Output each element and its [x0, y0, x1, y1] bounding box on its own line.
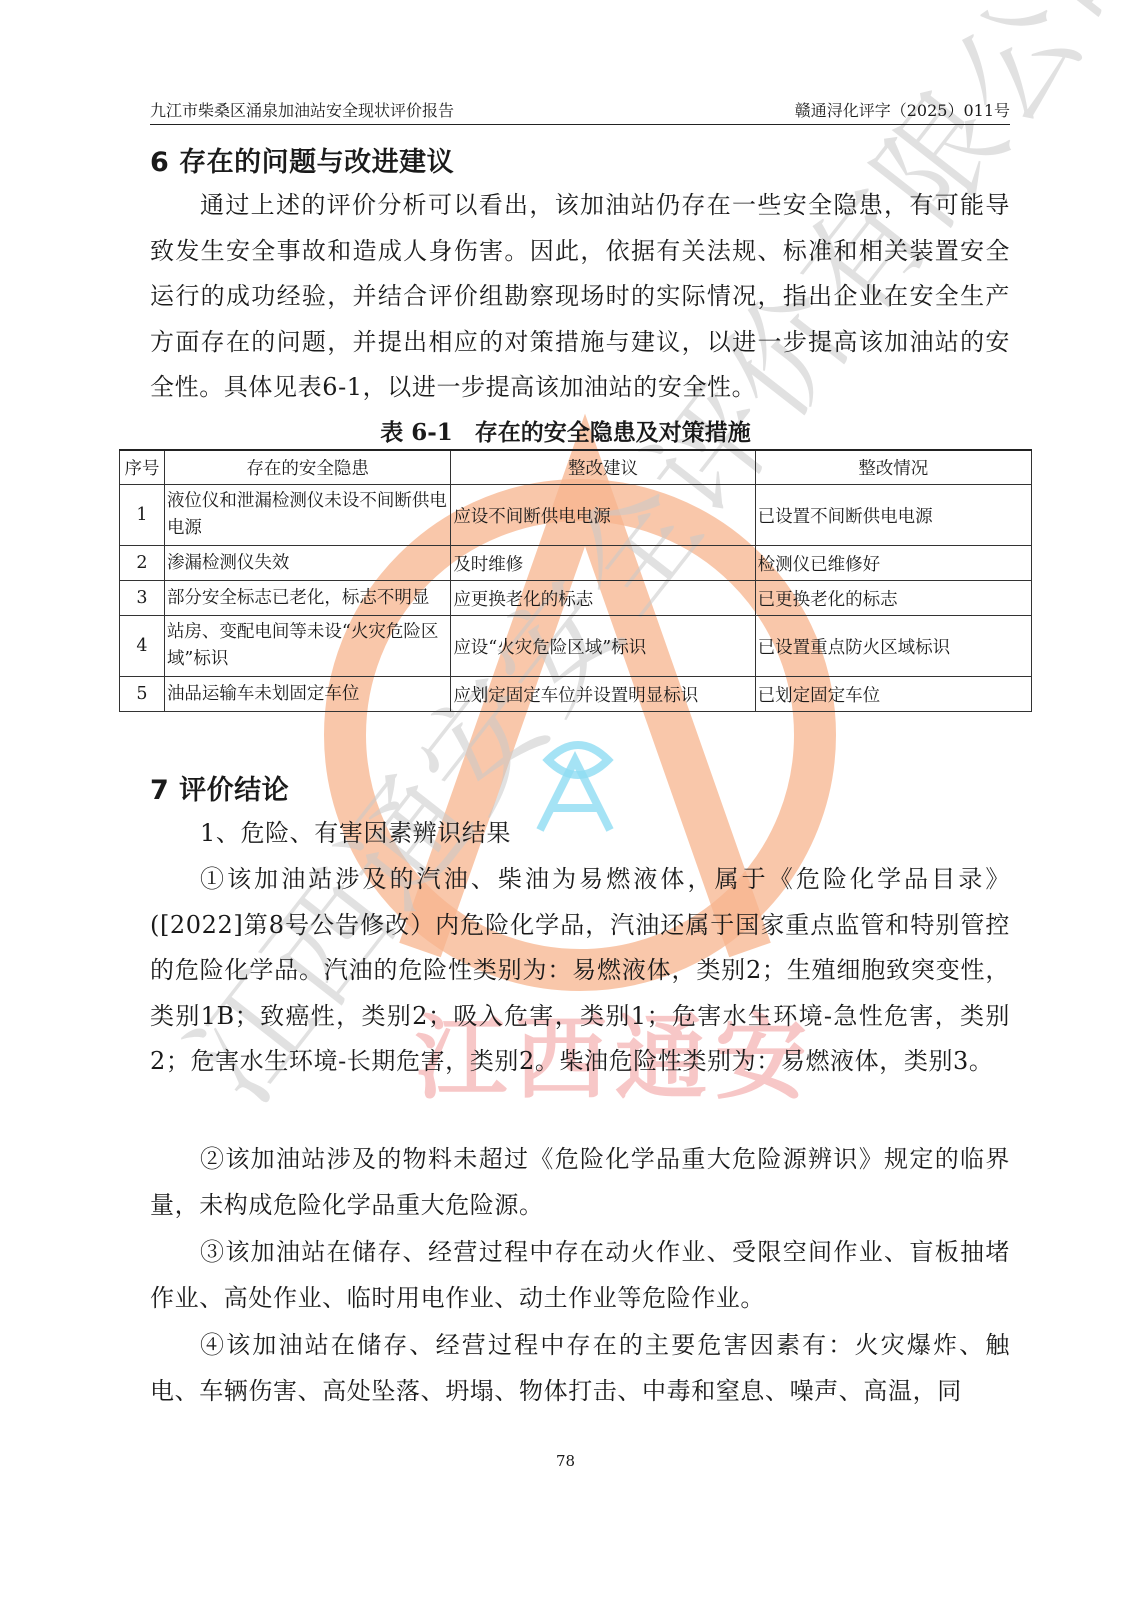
table-row: 1 液位仪和泄漏检测仪未设不间断供电电源 应设不间断供电电源 已设置不间断供电电… — [120, 485, 1032, 546]
conclusion-item-1: ①该加油站涉及的汽油、柴油为易燃液体，属于《危险化学品目录》([2022]第8号… — [150, 857, 1010, 1085]
table-row: 3 部分安全标志已老化，标志不明显 应更换老化的标志 已更换老化的标志 — [120, 581, 1032, 616]
col-header-status: 整改情况 — [755, 450, 1031, 485]
report-number-header: 赣通浔化评字（2025）011号 — [795, 98, 1010, 121]
conclusion-item-3: ③该加油站在储存、经营过程中存在动火作业、受限空间作业、盲板抽堵作业、高处作业、… — [150, 1230, 1010, 1321]
conclusion-item-2: ②该加油站涉及的物料未超过《危险化学品重大危险源辨识》规定的临界量，未构成危险化… — [150, 1137, 1010, 1228]
section-6-intro: 通过上述的评价分析可以看出，该加油站仍存在一些安全隐患，有可能导致发生安全事故和… — [150, 183, 1010, 411]
subsection-1-heading: 1、危险、有害因素辨识结果 — [150, 811, 1010, 857]
hazard-measures-table: 序号 存在的安全隐患 整改建议 整改情况 1 液位仪和泄漏检测仪未设不间断供电电… — [119, 449, 1032, 712]
section-7-heading: 7 评价结论 — [150, 768, 289, 807]
col-header-advice: 整改建议 — [451, 450, 755, 485]
conclusion-item-4: ④该加油站在储存、经营过程中存在的主要危害因素有：火灾爆炸、触电、车辆伤害、高处… — [150, 1323, 1010, 1414]
running-header: 九江市柴桑区涌泉加油站安全现状评价报告 赣通浔化评字（2025）011号 — [150, 98, 1010, 125]
page-number: 78 — [0, 1452, 1131, 1470]
table-row: 5 油品运输车未划固定车位 应划定固定车位并设置明显标识 已划定固定车位 — [120, 677, 1032, 712]
section-6-heading: 6 存在的问题与改进建议 — [150, 140, 454, 179]
col-header-hazard: 存在的安全隐患 — [164, 450, 450, 485]
table-caption: 表 6-1存在的安全隐患及对策措施 — [0, 414, 1131, 447]
col-header-no: 序号 — [120, 450, 165, 485]
document-page: 江西通安安全评价有限公司 江西通安 九江市柴桑区涌泉加油站安全现状评价报告 赣通… — [0, 0, 1131, 1600]
table-row: 2 渗漏检测仪失效 及时维修 检测仪已维修好 — [120, 546, 1032, 581]
table-row: 4 站房、变配电间等未设“火灾危险区域”标识 应设“火灾危险区域”标识 已设置重… — [120, 616, 1032, 677]
report-title-header: 九江市柴桑区涌泉加油站安全现状评价报告 — [150, 98, 454, 121]
